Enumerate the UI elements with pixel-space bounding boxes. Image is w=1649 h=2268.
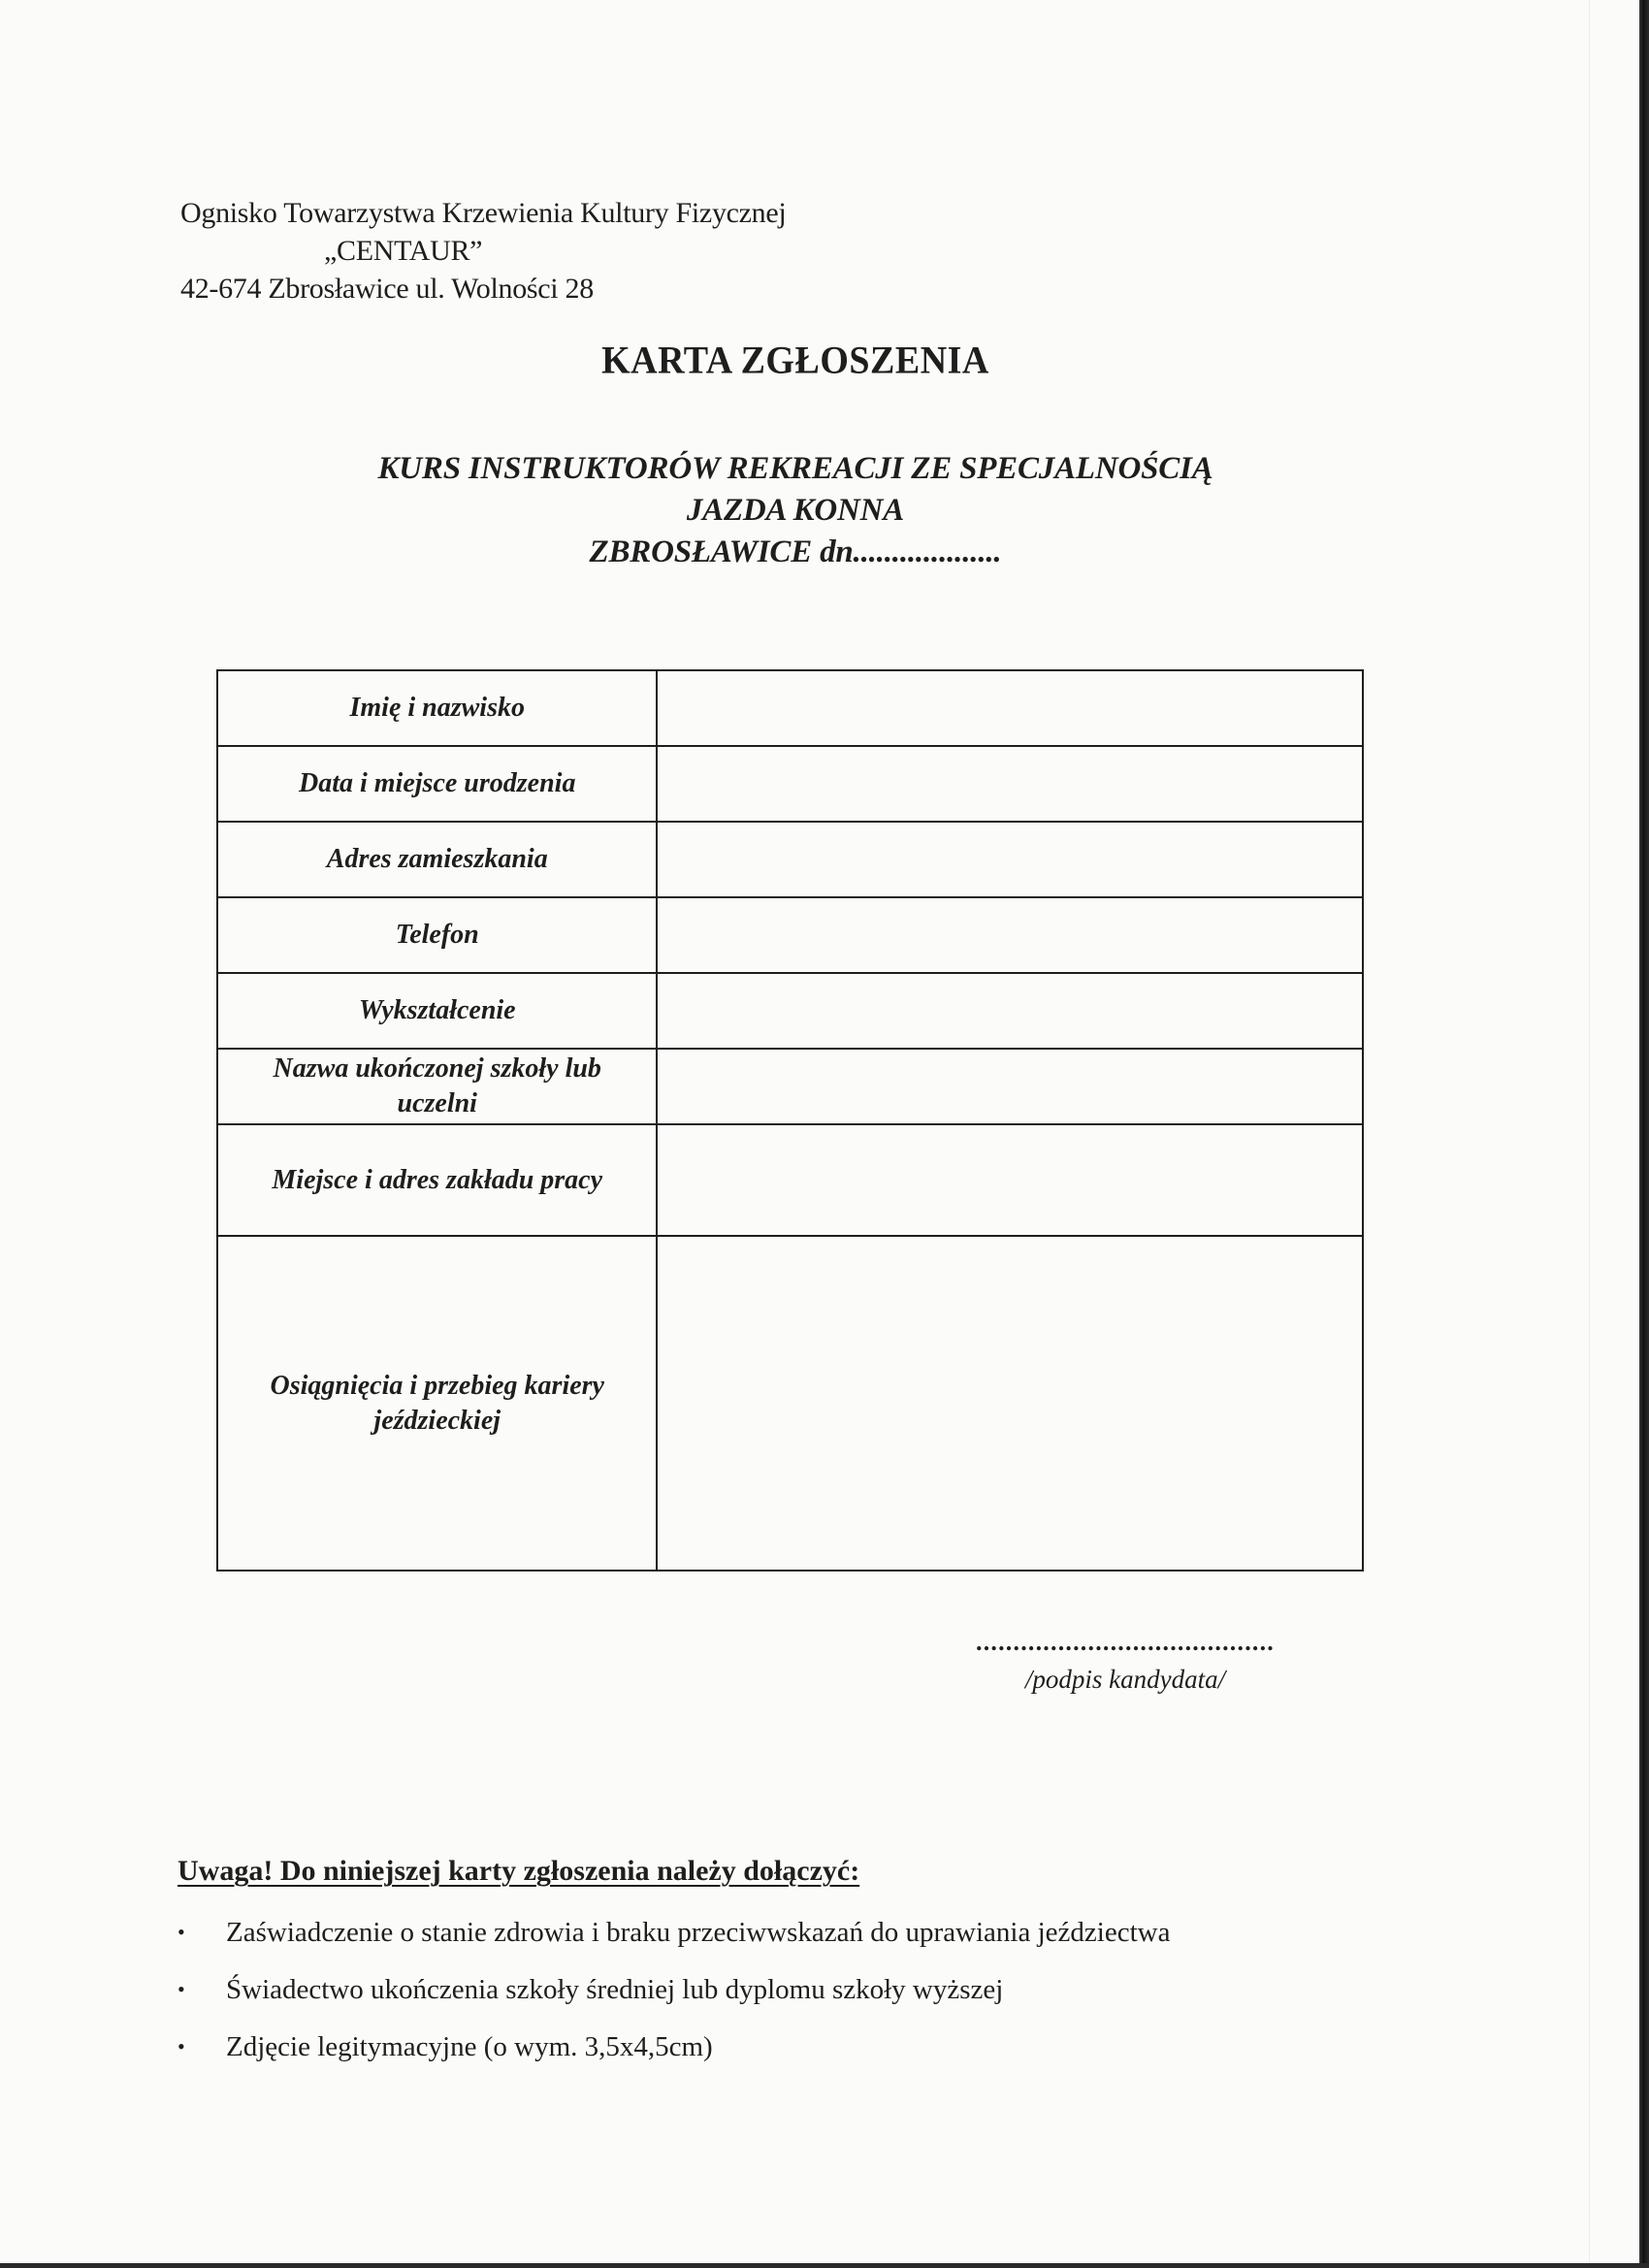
attachments-notice-heading: Uwaga! Do niniejszej karty zgłoszenia na… <box>178 1855 859 1888</box>
bullet-icon: • <box>178 1970 226 2009</box>
table-row: Telefon <box>217 897 1363 973</box>
list-item: • Zaświadczenie o stanie zdrowia i braku… <box>178 1913 1170 1970</box>
table-row: Miejsce i adres zakładu pracy <box>217 1124 1363 1236</box>
field-label-phone: Telefon <box>217 897 657 973</box>
table-row: Imię i nazwisko <box>217 670 1363 746</box>
field-label-education: Wykształcenie <box>217 973 657 1049</box>
bullet-icon: • <box>178 2027 226 2066</box>
table-row: Osiągnięcia i przebieg kariery jeździeck… <box>217 1236 1363 1571</box>
organization-header: Ognisko Towarzystwa Krzewienia Kultury F… <box>180 194 786 308</box>
form-title: KARTA ZGŁOSZENIA <box>0 339 1591 383</box>
list-item: • Zdjęcie legitymacyjne (o wym. 3,5x4,5c… <box>178 2027 1170 2085</box>
list-item: • Świadectwo ukończenia szkoły średniej … <box>178 1970 1170 2027</box>
organization-name: Ognisko Towarzystwa Krzewienia Kultury F… <box>180 194 786 232</box>
field-label-address: Adres zamieszkania <box>217 822 657 897</box>
course-heading: KURS INSTRUKTORÓW REKREACJI ZE SPECJALNO… <box>0 448 1591 573</box>
equestrian-career-field[interactable] <box>657 1236 1363 1571</box>
attachments-list: • Zaświadczenie o stanie zdrowia i braku… <box>178 1913 1170 2085</box>
table-row: Adres zamieszkania <box>217 822 1363 897</box>
attachment-text: Zaświadczenie o stanie zdrowia i braku p… <box>226 1913 1170 1952</box>
field-label-birth-date-place: Data i miejsce urodzenia <box>217 746 657 822</box>
organization-address: 42-674 Zbrosławice ul. Wolności 28 <box>180 270 786 308</box>
signature-label: /podpis kandydata/ <box>931 1665 1319 1695</box>
table-row: Wykształcenie <box>217 973 1363 1049</box>
field-label-full-name: Imię i nazwisko <box>217 670 657 746</box>
signature-line[interactable]: ........................................ <box>931 1630 1319 1655</box>
attachment-text: Zdjęcie legitymacyjne (o wym. 3,5x4,5cm) <box>226 2027 713 2066</box>
field-label-workplace: Miejsce i adres zakładu pracy <box>217 1124 657 1236</box>
school-name-field[interactable] <box>657 1049 1363 1124</box>
birth-date-place-field[interactable] <box>657 746 1363 822</box>
club-name: „CENTAUR” <box>180 232 786 270</box>
field-label-equestrian-career: Osiągnięcia i przebieg kariery jeździeck… <box>217 1236 657 1571</box>
scan-edge-bottom <box>0 2263 1649 2268</box>
scan-edge-right <box>1639 0 1649 2268</box>
table-row: Nazwa ukończonej szkoły lub uczelni <box>217 1049 1363 1124</box>
application-form-table: Imię i nazwisko Data i miejsce urodzenia… <box>216 669 1364 1571</box>
course-place-date: ZBROSŁAWICE dn................... <box>0 532 1591 573</box>
address-field[interactable] <box>657 822 1363 897</box>
attachment-text: Świadectwo ukończenia szkoły średniej lu… <box>226 1970 1003 2009</box>
full-name-field[interactable] <box>657 670 1363 746</box>
field-label-school-name: Nazwa ukończonej szkoły lub uczelni <box>217 1049 657 1124</box>
course-specialty: JAZDA KONNA <box>0 490 1591 532</box>
course-name: KURS INSTRUKTORÓW REKREACJI ZE SPECJALNO… <box>0 448 1591 490</box>
table-row: Data i miejsce urodzenia <box>217 746 1363 822</box>
signature-block: ........................................… <box>931 1630 1319 1695</box>
phone-field[interactable] <box>657 897 1363 973</box>
workplace-field[interactable] <box>657 1124 1363 1236</box>
education-field[interactable] <box>657 973 1363 1049</box>
bullet-icon: • <box>178 1913 226 1952</box>
